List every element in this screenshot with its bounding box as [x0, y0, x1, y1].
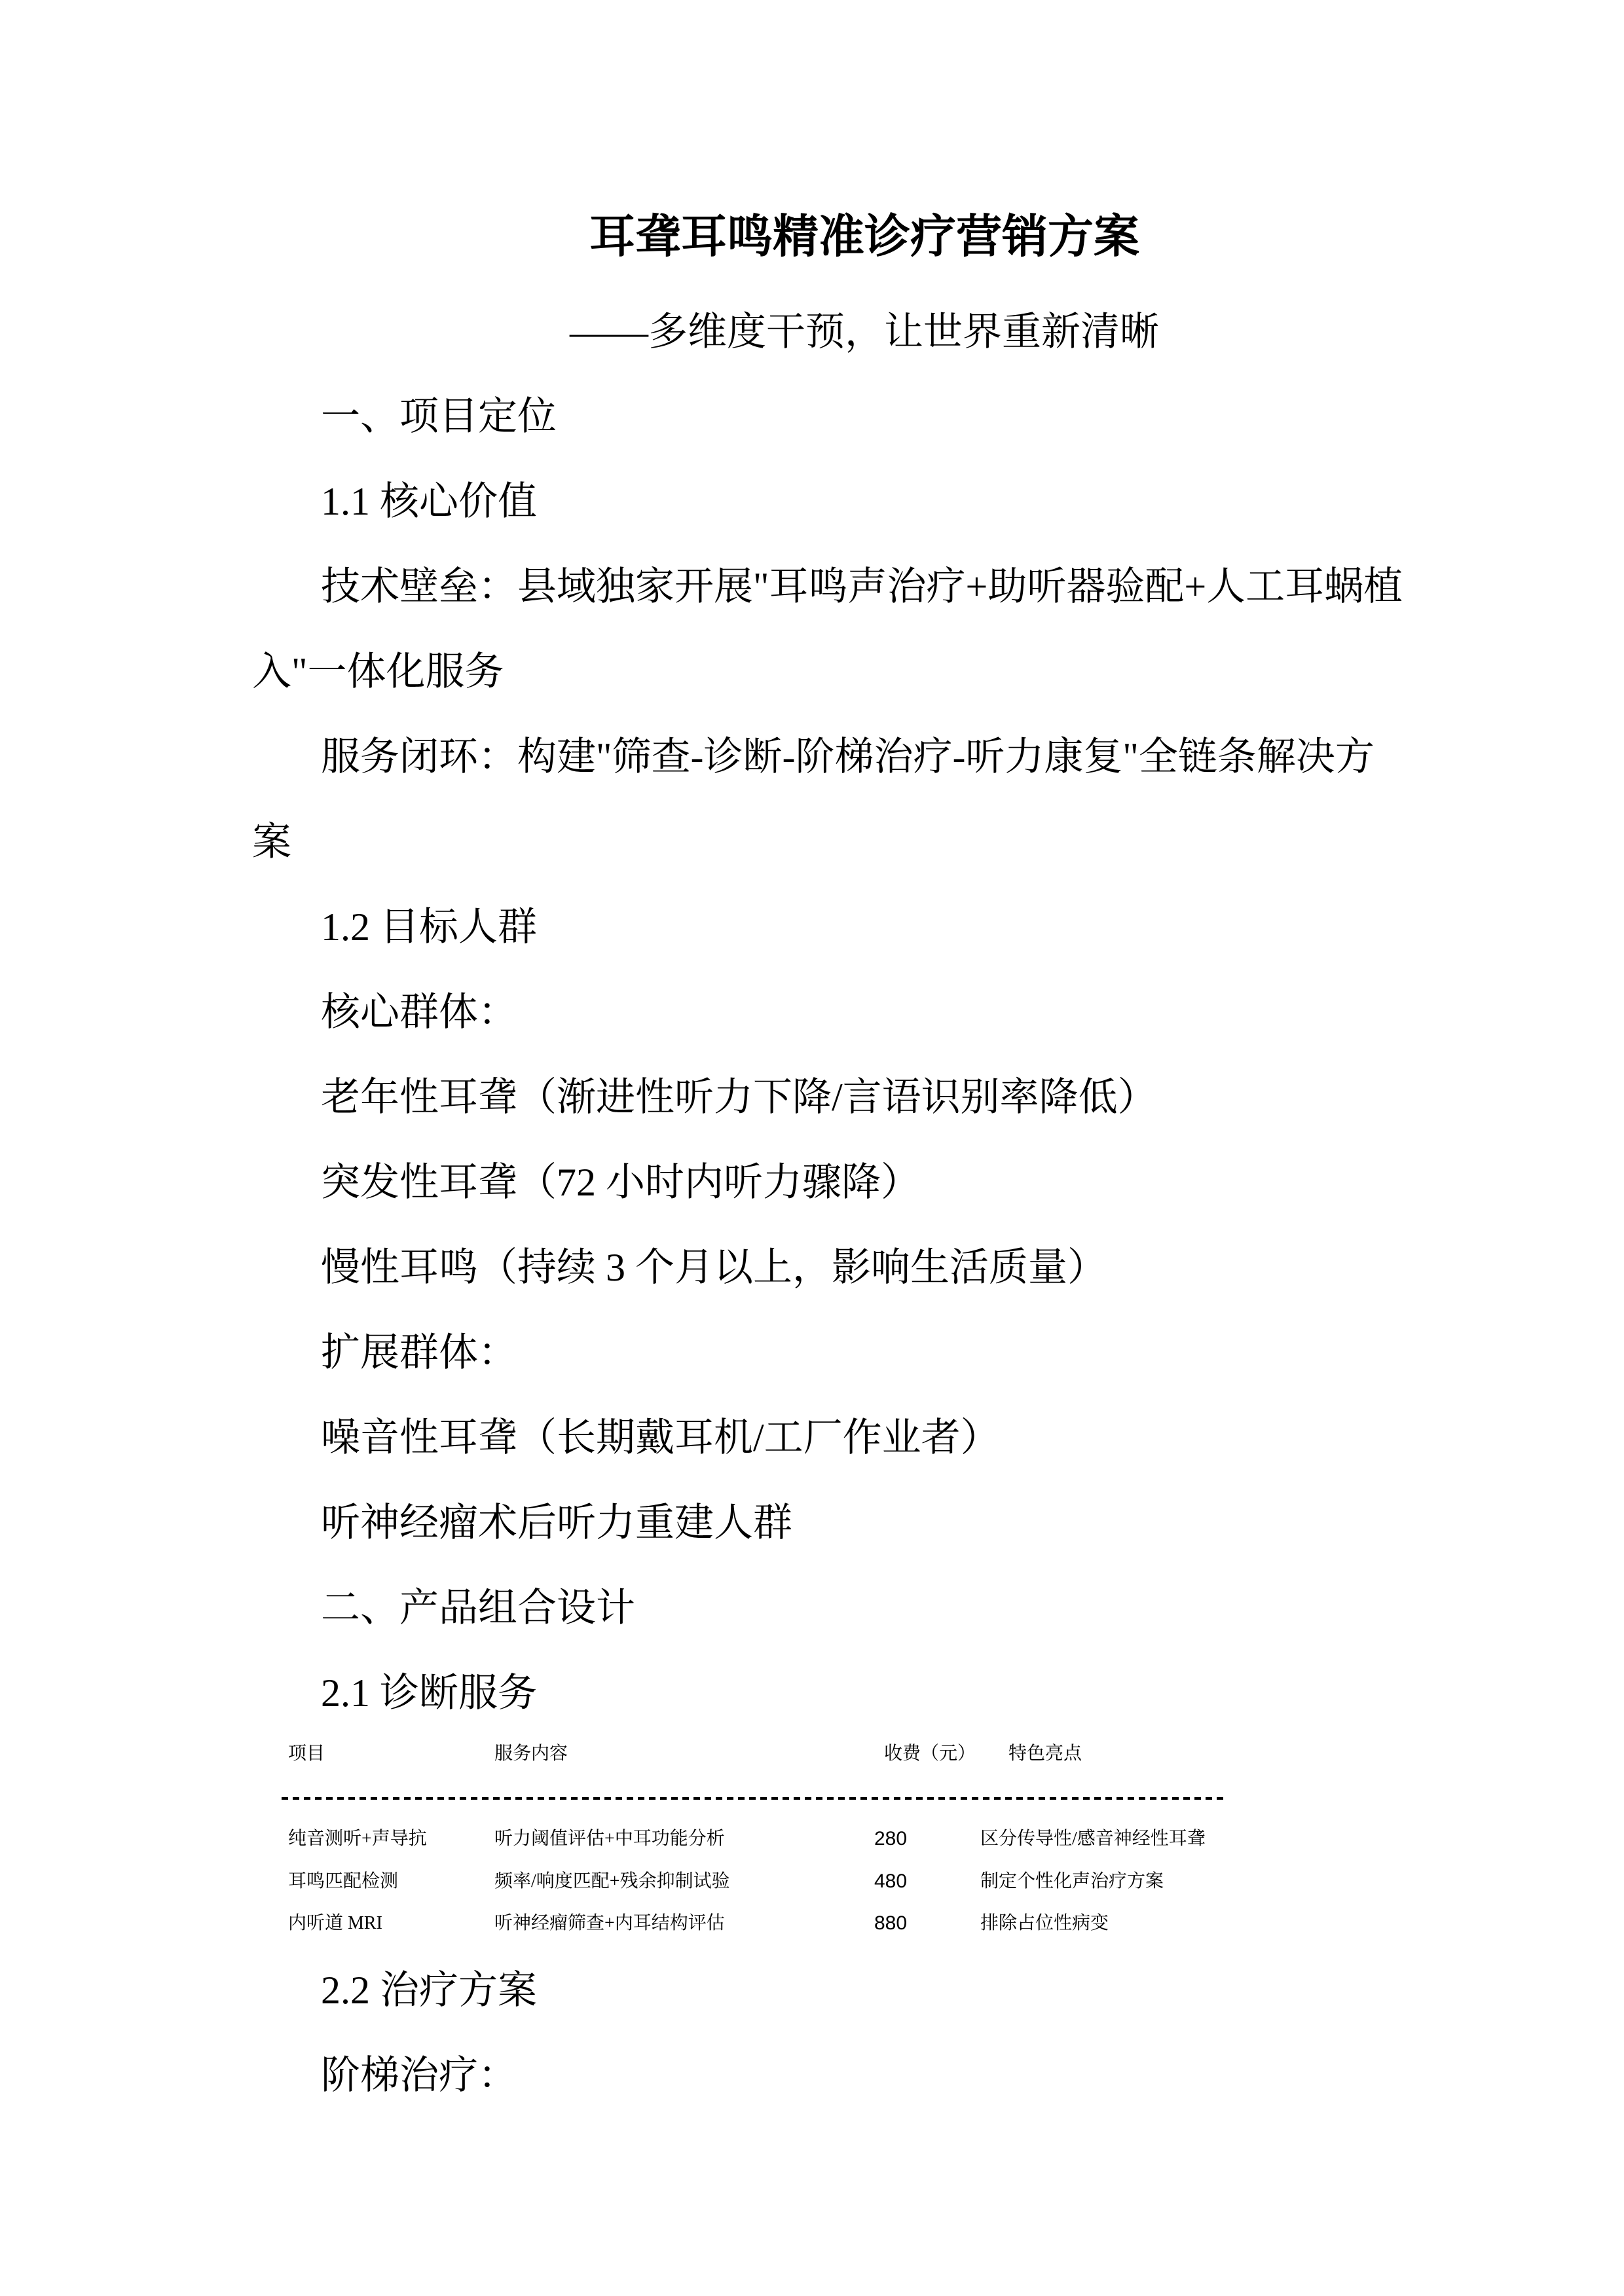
- table-cell-service-name: 纯音测听+声导抗: [288, 1828, 427, 1850]
- table-cell-service-name: 耳鸣匹配检测: [288, 1870, 398, 1893]
- table-cell-fee: 280: [868, 1828, 913, 1850]
- table-cell-feature: 区分传导性/感音神经性耳聋: [980, 1828, 1206, 1850]
- table-divider: [282, 1797, 1228, 1800]
- table-cell-service-content: 听力阈值评估+中耳功能分析: [494, 1828, 725, 1850]
- table-header-item: 项目: [288, 1743, 325, 1765]
- body-line-core-groups-label: 核心群体：: [321, 991, 517, 1033]
- body-line-tech-barrier-1: 技术壁垒：县域独家开展"耳鸣声治疗+助听器验配+人工耳蜗植: [321, 566, 1403, 608]
- body-line-service-loop-2: 案: [252, 821, 291, 863]
- table-header-content: 服务内容: [494, 1743, 568, 1765]
- table-cell-service-content: 频率/响度匹配+残余抑制试验: [494, 1870, 730, 1893]
- subsection-heading-1-1: 1.1 核心价值: [321, 481, 537, 522]
- subsection-heading-2-1: 2.1 诊断服务: [321, 1672, 537, 1714]
- body-line-stepped-therapy-label: 阶梯治疗：: [321, 2054, 517, 2096]
- table-cell-feature: 制定个性化声治疗方案: [980, 1870, 1164, 1893]
- table-header-fee: 收费（元）: [884, 1743, 976, 1765]
- table-cell-fee: 880: [868, 1912, 913, 1935]
- body-line-noise-deafness: 噪音性耳聋（长期戴耳机/工厂作业者）: [321, 1417, 1000, 1459]
- subsection-heading-2-2: 2.2 治疗方案: [321, 1969, 537, 2011]
- table-header-feature: 特色亮点: [1008, 1743, 1082, 1765]
- body-line-service-loop-1: 服务闭环：构建"筛查-诊断-阶梯治疗-听力康复"全链条解决方: [321, 736, 1375, 778]
- body-line-acoustic-neuroma: 听神经瘤术后听力重建人群: [321, 1502, 792, 1544]
- body-line-tech-barrier-2: 入"一体化服务: [252, 651, 504, 693]
- document-page: 耳聋耳鸣精准诊疗营销方案 ——多维度干预，让世界重新清晰 一、项目定位 1.1 …: [0, 0, 1624, 2296]
- subsection-heading-1-2: 1.2 目标人群: [321, 906, 537, 948]
- body-line-extended-groups-label: 扩展群体：: [321, 1332, 517, 1374]
- body-line-presbycusis: 老年性耳聋（渐进性听力下降/言语识别率降低）: [321, 1076, 1157, 1118]
- section-heading-two: 二、产品组合设计: [321, 1587, 635, 1629]
- table-cell-service-content: 听神经瘤筛查+内耳结构评估: [494, 1912, 725, 1935]
- document-subtitle: ——多维度干预，让世界重新清晰: [105, 312, 1624, 352]
- body-line-sudden-deafness: 突发性耳聋（72 小时内听力骤降）: [321, 1161, 920, 1203]
- section-heading-one: 一、项目定位: [321, 395, 557, 437]
- table-cell-fee: 480: [868, 1870, 913, 1893]
- body-line-chronic-tinnitus: 慢性耳鸣（持续 3 个月以上，影响生活质量）: [321, 1247, 1107, 1288]
- table-cell-feature: 排除占位性病变: [980, 1912, 1109, 1935]
- table-cell-service-name: 内听道 MRI: [288, 1912, 382, 1935]
- document-title: 耳聋耳鸣精准诊疗营销方案: [105, 215, 1624, 261]
